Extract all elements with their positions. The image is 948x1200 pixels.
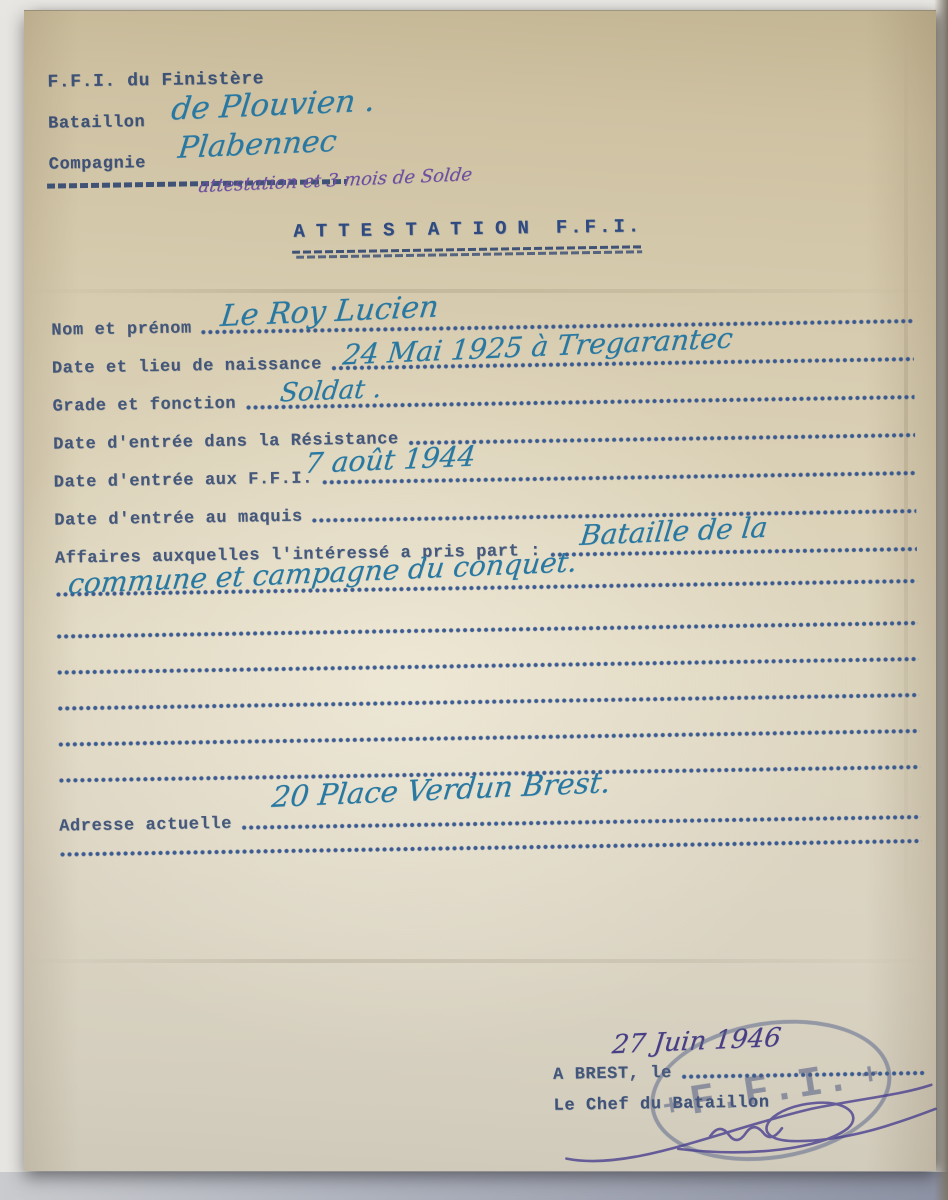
dotted-line-row [58, 729, 920, 751]
dotted-line-row [57, 693, 919, 715]
title-underline [292, 245, 642, 258]
field-label: Date et lieu de naissance [52, 355, 331, 378]
title-suffix-text: F.F.I. [556, 215, 643, 238]
dotted-line [57, 656, 919, 676]
battalion-label: Bataillon [48, 113, 146, 134]
dotted-line [60, 838, 922, 858]
company-value-handwritten: Plabennec [176, 124, 338, 166]
field-row-maquis: Date d'entrée au maquis [54, 493, 916, 531]
field-label: Grade et fonction [52, 395, 245, 417]
field-label: Adresse actuelle [59, 815, 241, 837]
field-row-resistance: Date d'entrée dans la Résistance [53, 417, 915, 455]
dotted-line [241, 814, 921, 831]
dotted-line [57, 692, 919, 712]
dotted-line-row [60, 839, 922, 861]
dotted-line [408, 432, 915, 446]
field-label: Nom et prénom [51, 319, 201, 340]
company-label: Compagnie [49, 154, 147, 175]
field-row-ffi: Date d'entrée aux F.F.I. [54, 455, 916, 493]
document-content: F.F.I. du Finistère Bataillon de Plouvie… [0, 0, 948, 1200]
dotted-line [58, 728, 920, 748]
dotted-line-row [56, 621, 918, 643]
dotted-line-row [57, 657, 919, 679]
dotted-line [56, 620, 918, 640]
page-title: ATTESTATIONF.F.I. [0, 211, 942, 248]
signature-scribble [559, 1065, 948, 1176]
battalion-value-handwritten: de Plouvien . [169, 83, 377, 128]
annotation-handwritten: attestation et 3 mois de Solde [197, 164, 473, 197]
title-text: ATTESTATION [293, 217, 540, 243]
field-row-grade: Grade et fonction [52, 379, 914, 417]
field-row-adresse: Adresse actuelle [59, 799, 921, 837]
handwriting-grade: Soldat . [278, 374, 383, 408]
field-label: Date d'entrée aux F.F.I. [54, 469, 323, 492]
field-label: Date d'entrée au maquis [54, 508, 312, 531]
